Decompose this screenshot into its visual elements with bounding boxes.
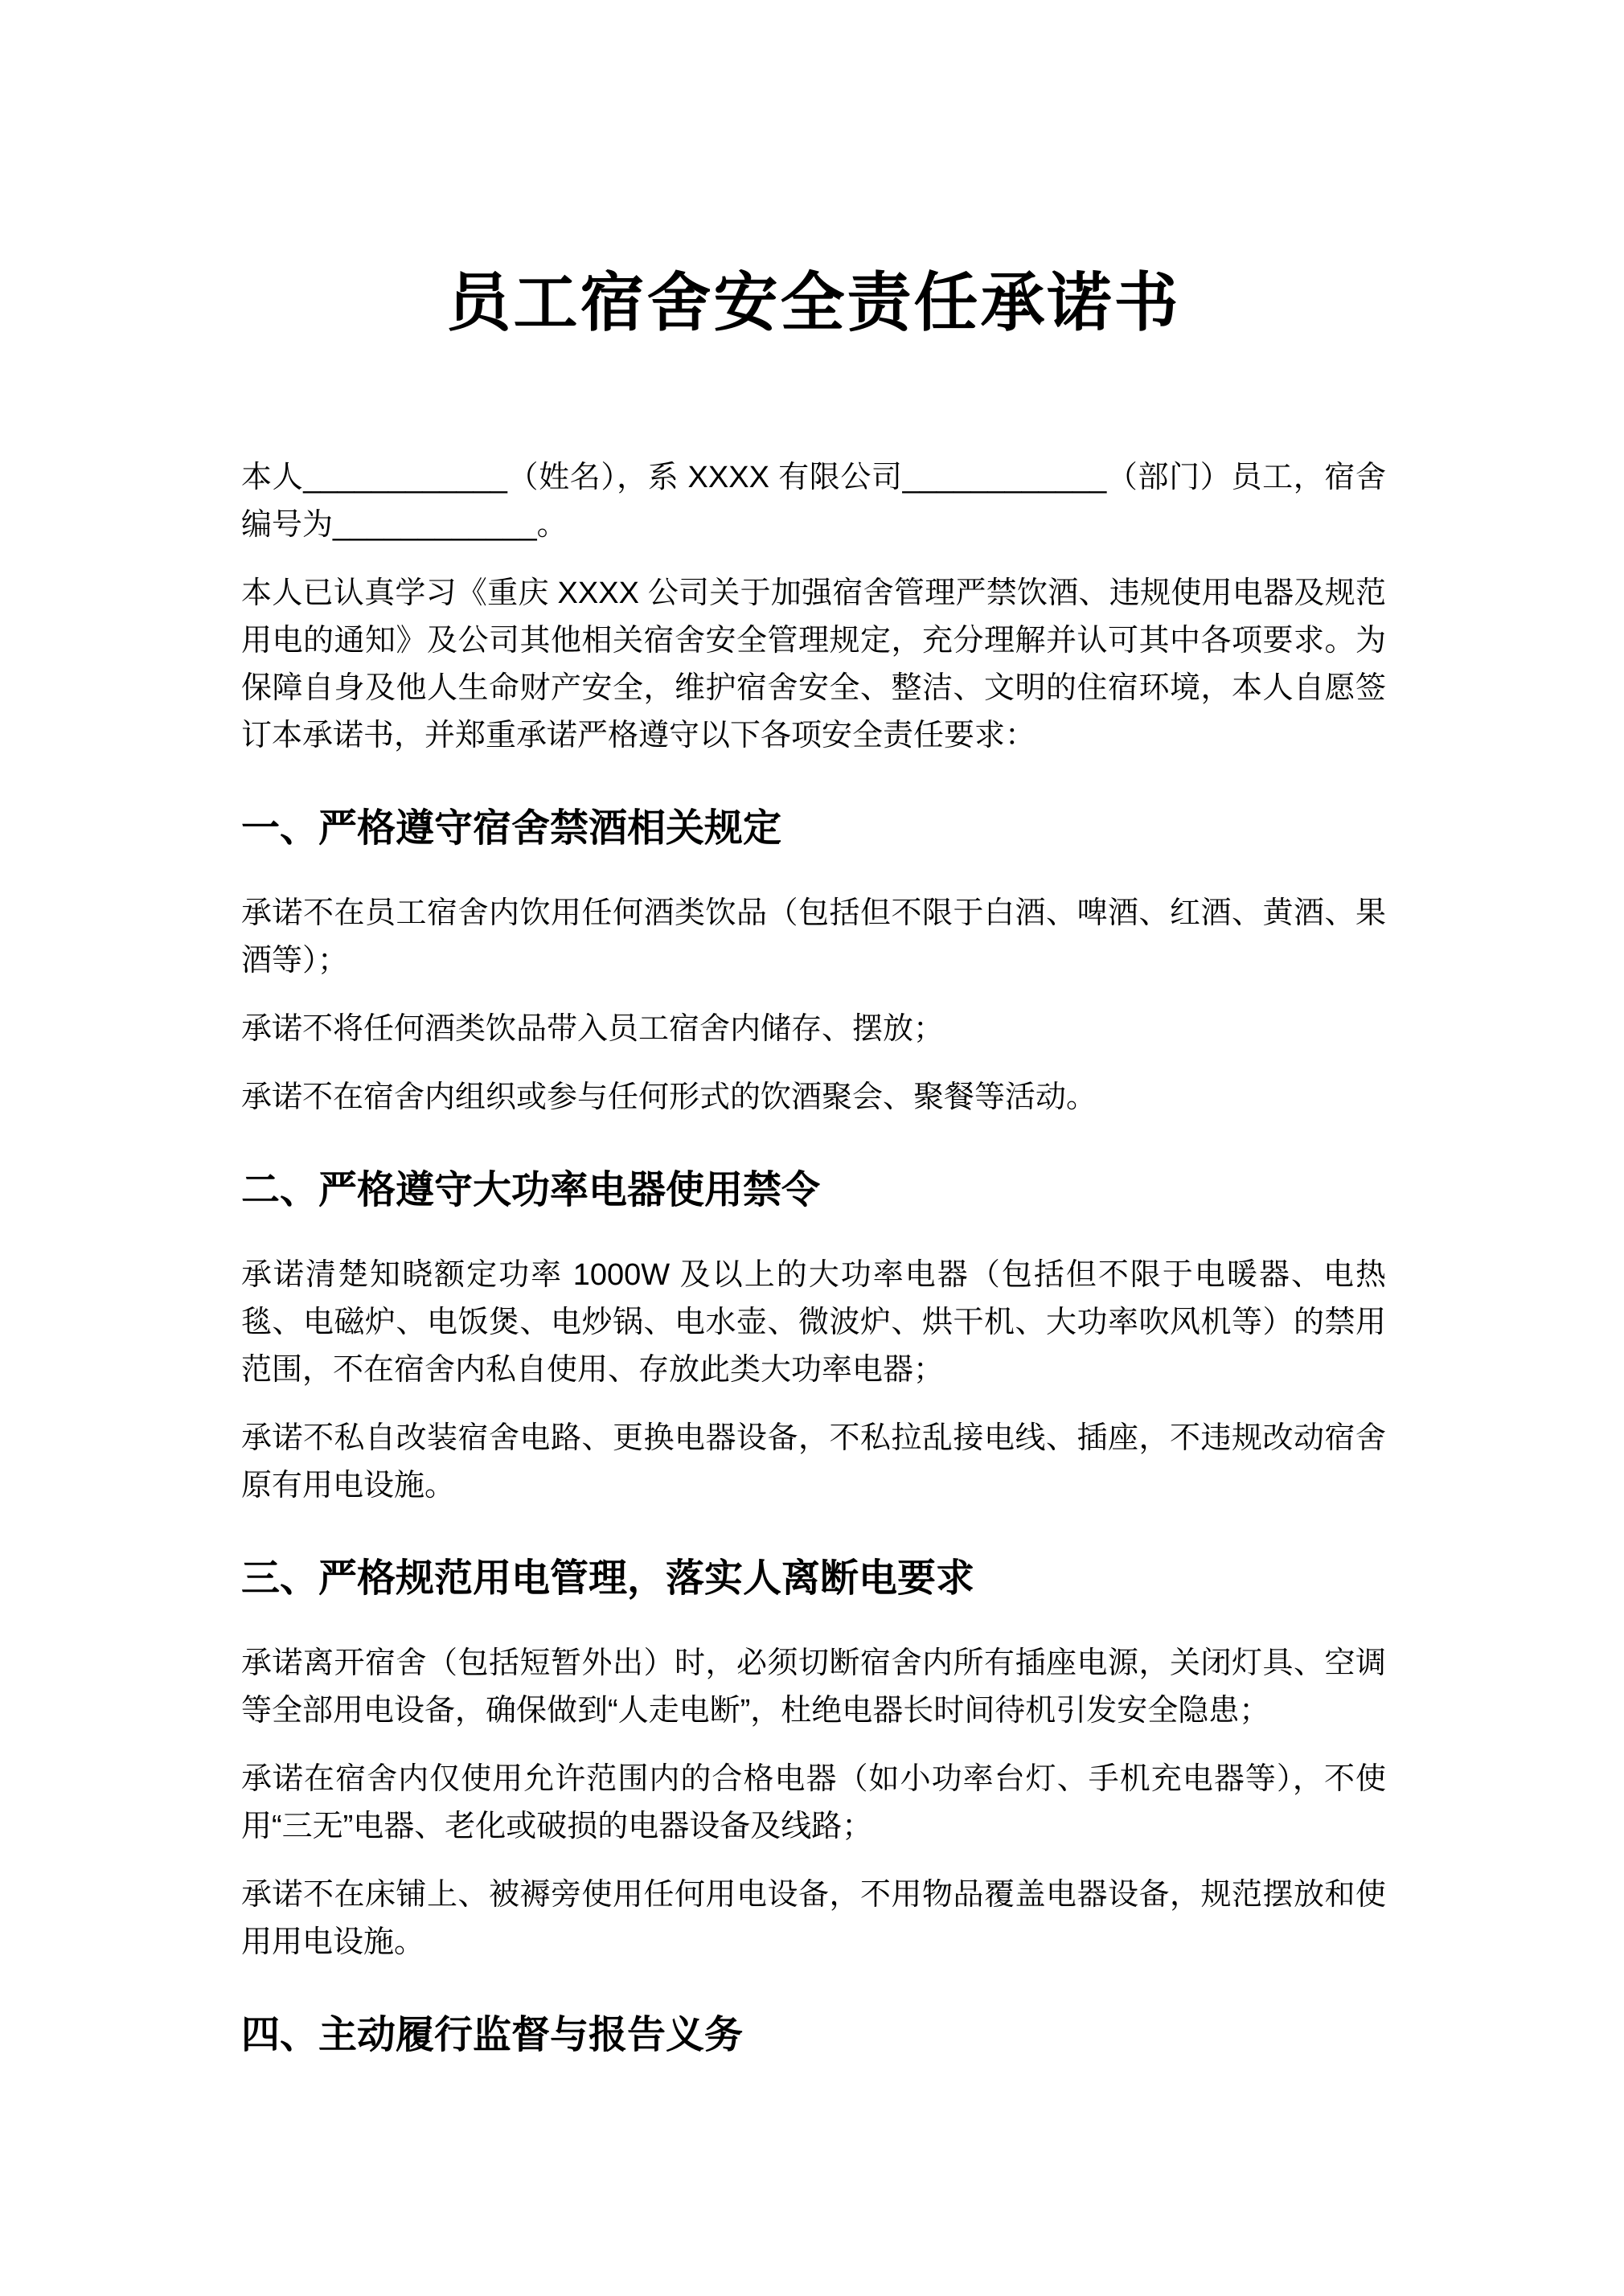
section-2-heading: 二、严格遵守大功率电器使用禁令 — [241, 1168, 1386, 1213]
document-title: 员工宿舍安全责任承诺书 — [241, 269, 1386, 337]
section-1-heading: 一、严格遵守宿舍禁酒相关规定 — [241, 806, 1386, 851]
section-1-paragraph-1: 承诺不在员工宿舍内饮用任何酒类饮品（包括但不限于白酒、啤酒、红酒、黄酒、果酒等）… — [241, 890, 1386, 985]
intro-paragraph-statement: 本人已认真学习《重庆 XXXX 公司关于加强宿舍管理严禁饮酒、违规使用电器及规范… — [241, 570, 1386, 760]
section-4-heading: 四、主动履行监督与报告义务 — [241, 2013, 1386, 2058]
section-2-paragraph-2: 承诺不私自改装宿舍电路、更换电器设备，不私拉乱接电线、插座，不违规改动宿舍原有用… — [241, 1415, 1386, 1510]
section-3-heading: 三、严格规范用电管理，落实人离断电要求 — [241, 1556, 1386, 1601]
section-3-paragraph-1: 承诺离开宿舍（包括短暂外出）时，必须切断宿舍内所有插座电源，关闭灯具、空调等全部… — [241, 1640, 1386, 1735]
section-2-paragraph-1: 承诺清楚知晓额定功率 1000W 及以上的大功率电器（包括但不限于电暖器、电热毯… — [241, 1252, 1386, 1394]
section-1-paragraph-3: 承诺不在宿舍内组织或参与任何形式的饮酒聚会、聚餐等活动。 — [241, 1074, 1386, 1121]
section-3-paragraph-3: 承诺不在床铺上、被褥旁使用任何用电设备，不用物品覆盖电器设备，规范摆放和使用用电… — [241, 1872, 1386, 1966]
section-1-paragraph-2: 承诺不将任何酒类饮品带入员工宿舍内储存、摆放； — [241, 1006, 1386, 1053]
document-page: 员工宿舍安全责任承诺书 本人____________（姓名），系 XXXX 有限… — [0, 0, 1624, 2296]
intro-paragraph-identity: 本人____________（姓名），系 XXXX 有限公司__________… — [241, 454, 1386, 549]
section-3-paragraph-2: 承诺在宿舍内仅使用允许范围内的合格电器（如小功率台灯、手机充电器等），不使用“三… — [241, 1756, 1386, 1851]
